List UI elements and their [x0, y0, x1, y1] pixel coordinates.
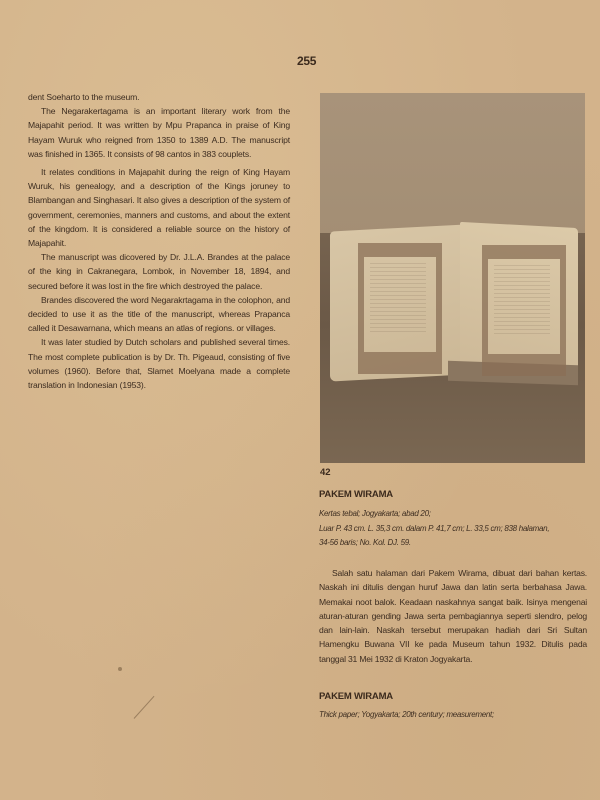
entry-description: Salah satu halaman dari Pakem Wirama, di… [319, 566, 587, 666]
manuscript-text-right [494, 265, 550, 335]
manuscript-photo [320, 93, 585, 463]
manuscript-text-left [370, 263, 426, 333]
paragraph: dent Soeharto to the museum. [28, 90, 290, 104]
left-text-column: dent Soeharto to the museum. The Negarak… [28, 90, 290, 392]
paper-scratch [134, 696, 155, 719]
paragraph: Brandes discovered the word Negarakrtaga… [28, 293, 290, 336]
metadata-line: Thick paper; Yogyakarta; 20th century; m… [319, 708, 589, 723]
paragraph: It relates conditions in Majapahit durin… [28, 165, 290, 250]
paragraph: The manuscript was dicovered by Dr. J.L.… [28, 250, 290, 293]
entry-metadata: Kertas tebal; Jogyakarta; abad 20; Luar … [319, 507, 589, 551]
page-number: 255 [297, 54, 316, 68]
figure-number: 42 [320, 467, 331, 478]
photo-background-wall [320, 93, 585, 243]
paper-smudge [118, 667, 122, 671]
metadata-line: 34-56 baris; No. Kol. DJ. 59. [319, 536, 589, 551]
paragraph: It was later studied by Dutch scholars a… [28, 335, 290, 392]
entry-metadata-english: Thick paper; Yogyakarta; 20th century; m… [319, 708, 589, 723]
paragraph: Salah satu halaman dari Pakem Wirama, di… [319, 566, 587, 666]
paragraph: The Negarakertagama is an important lite… [28, 104, 290, 161]
metadata-line: Kertas tebal; Jogyakarta; abad 20; [319, 507, 589, 522]
entry-title-english: PAKEM WIRAMA [319, 691, 393, 702]
entry-title: PAKEM WIRAMA [319, 489, 393, 500]
metadata-line: Luar P. 43 cm. L. 35,3 cm. dalam P. 41,7… [319, 522, 589, 537]
